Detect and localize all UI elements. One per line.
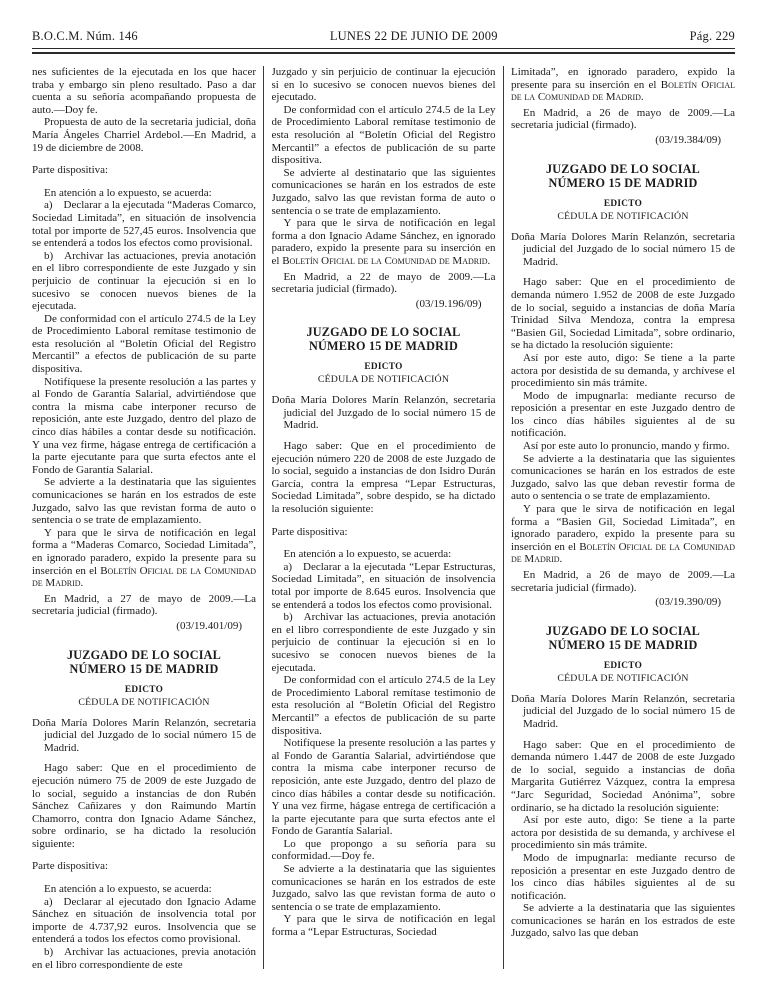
cedula-label: CÉDULA DE NOTIFICACIÓN [511,673,735,684]
paragraph: En Madrid, a 22 de mayo de 2009.—La secr… [272,271,496,296]
cedula-label: CÉDULA DE NOTIFICACIÓN [32,697,256,708]
signatory-paragraph: Doña María Dolores Marín Relanzón, secre… [32,717,256,755]
paragraph: En atención a lo expuesto, se acuerda: [272,548,496,561]
paragraph: Hago saber: Que en el procedimiento de e… [272,440,496,516]
court-heading: JUZGADO DE LO SOCIALNÚMERO 15 DE MADRID [32,648,256,676]
edicto-label: EDICTO [511,661,735,672]
paragraph: Propuesta de auto de la secretaria judic… [32,116,256,154]
paragraph: En Madrid, a 26 de mayo de 2009.—La secr… [511,107,735,132]
paragraph: Hago saber: Que en el procedimiento de d… [511,739,735,815]
paragraph: a) Declarar a la ejecutada “Lepar Estruc… [272,561,496,611]
paragraph: Se advierte a la destinataria que las si… [511,902,735,940]
paragraph: Se advierte a la destinataria que las si… [32,476,256,526]
court-heading: JUZGADO DE LO SOCIALNÚMERO 15 DE MADRID [272,325,496,353]
paragraph: b) Archivar las actuaciones, previa anot… [32,946,256,969]
header-issue-number: B.O.C.M. Núm. 146 [32,29,138,44]
paragraph: Notifíquese la presente resolución a las… [32,376,256,477]
paragraph: Juzgado y sin perjuicio de continuar la … [272,66,496,104]
filing-reference: (03/19.196/09) [272,298,496,311]
column-divider [503,66,504,969]
paragraph: a) Declarar al ejecutado don Ignacio Ada… [32,896,256,946]
gazette-page: B.O.C.M. Núm. 146 LUNES 22 DE JUNIO DE 2… [0,0,768,994]
section-label: Parte dispositiva: [32,860,256,873]
paragraph: b) Archivar las actuaciones, previa anot… [32,250,256,313]
paragraph: Limitada”, en ignorado paradero, expido … [511,66,735,104]
paragraph: Notifíquese la presente resolución a las… [272,737,496,838]
paragraph: De conformidad con el artículo 274.5 de … [272,674,496,737]
paragraph: Y para que le sirva de notificación en l… [32,527,256,590]
page-header: B.O.C.M. Núm. 146 LUNES 22 DE JUNIO DE 2… [32,29,735,44]
paragraph: En atención a lo expuesto, se acuerda: [32,187,256,200]
header-rule-thick [32,52,735,54]
paragraph: nes suficientes de la ejecutada en los q… [32,66,256,116]
signatory-paragraph: Doña María Dolores Marín Relanzón, secre… [272,394,496,432]
paragraph: Lo que propongo a su señoría para su con… [272,838,496,863]
edicto-label: EDICTO [32,685,256,696]
paragraph: De conformidad con el artículo 274.5 de … [272,104,496,167]
column-layout: nes suficientes de la ejecutada en los q… [32,66,735,969]
small-caps-text: Boletín Oficial de la Comunidad de Madri… [511,541,735,566]
paragraph: Modo de impugnarla: mediante recurso de … [511,390,735,440]
court-heading: JUZGADO DE LO SOCIALNÚMERO 15 DE MADRID [511,162,735,190]
section-label: Parte dispositiva: [272,526,496,539]
small-caps-text: Boletín Oficial de la Comunidad de Madri… [511,79,735,104]
paragraph: Así por este auto, digo: Se tiene a la p… [511,814,735,852]
section-label: Parte dispositiva: [32,164,256,177]
paragraph: Y para que le sirva de notificación en l… [272,913,496,938]
header-date: LUNES 22 DE JUNIO DE 2009 [330,29,498,44]
column: Limitada”, en ignorado paradero, expido … [511,66,735,969]
paragraph: Así por este auto, digo: Se tiene a la p… [511,352,735,390]
paragraph: Se advierte a la destinataria que las si… [272,863,496,913]
cedula-label: CÉDULA DE NOTIFICACIÓN [272,374,496,385]
paragraph: Hago saber: Que en el procedimiento de d… [511,276,735,352]
paragraph: En atención a lo expuesto, se acuerda: [32,883,256,896]
paragraph: Se advierte al destinatario que las sigu… [272,167,496,217]
header-rule-thin [32,48,735,49]
column: Juzgado y sin perjuicio de continuar la … [272,66,496,969]
paragraph: En Madrid, a 26 de mayo de 2009.—La secr… [511,569,735,594]
signatory-paragraph: Doña María Dolores Marín Relanzón, secre… [511,231,735,269]
paragraph: b) Archivar las actuaciones, previa anot… [272,611,496,674]
filing-reference: (03/19.384/09) [511,134,735,147]
column-divider [263,66,264,969]
paragraph: Se advierte a la destinataria que las si… [511,453,735,503]
column: nes suficientes de la ejecutada en los q… [32,66,256,969]
paragraph: Así por este auto lo pronuncio, mando y … [511,440,735,453]
filing-reference: (03/19.401/09) [32,620,256,633]
paragraph: Hago saber: Que en el procedimiento de e… [32,762,256,850]
filing-reference: (03/19.390/09) [511,596,735,609]
paragraph: Y para que le sirva de notificación en l… [511,503,735,566]
court-heading: JUZGADO DE LO SOCIALNÚMERO 15 DE MADRID [511,624,735,652]
small-caps-text: Boletín Oficial de la Comunidad de Madri… [32,565,256,590]
paragraph: Modo de impugnarla: mediante recurso de … [511,852,735,902]
paragraph: De conformidad con el artículo 274.5 de … [32,313,256,376]
paragraph: Y para que le sirva de notificación en l… [272,217,496,267]
signatory-paragraph: Doña María Dolores Marín Relanzón, secre… [511,693,735,731]
paragraph: a) Declarar a la ejecutada “Maderas Coma… [32,199,256,249]
paragraph: En Madrid, a 27 de mayo de 2009.—La secr… [32,593,256,618]
header-page-number: Pág. 229 [690,29,735,44]
cedula-label: CÉDULA DE NOTIFICACIÓN [511,211,735,222]
edicto-label: EDICTO [272,362,496,373]
small-caps-text: Boletín Oficial de la Comunidad de Madri… [282,255,487,267]
edicto-label: EDICTO [511,199,735,210]
